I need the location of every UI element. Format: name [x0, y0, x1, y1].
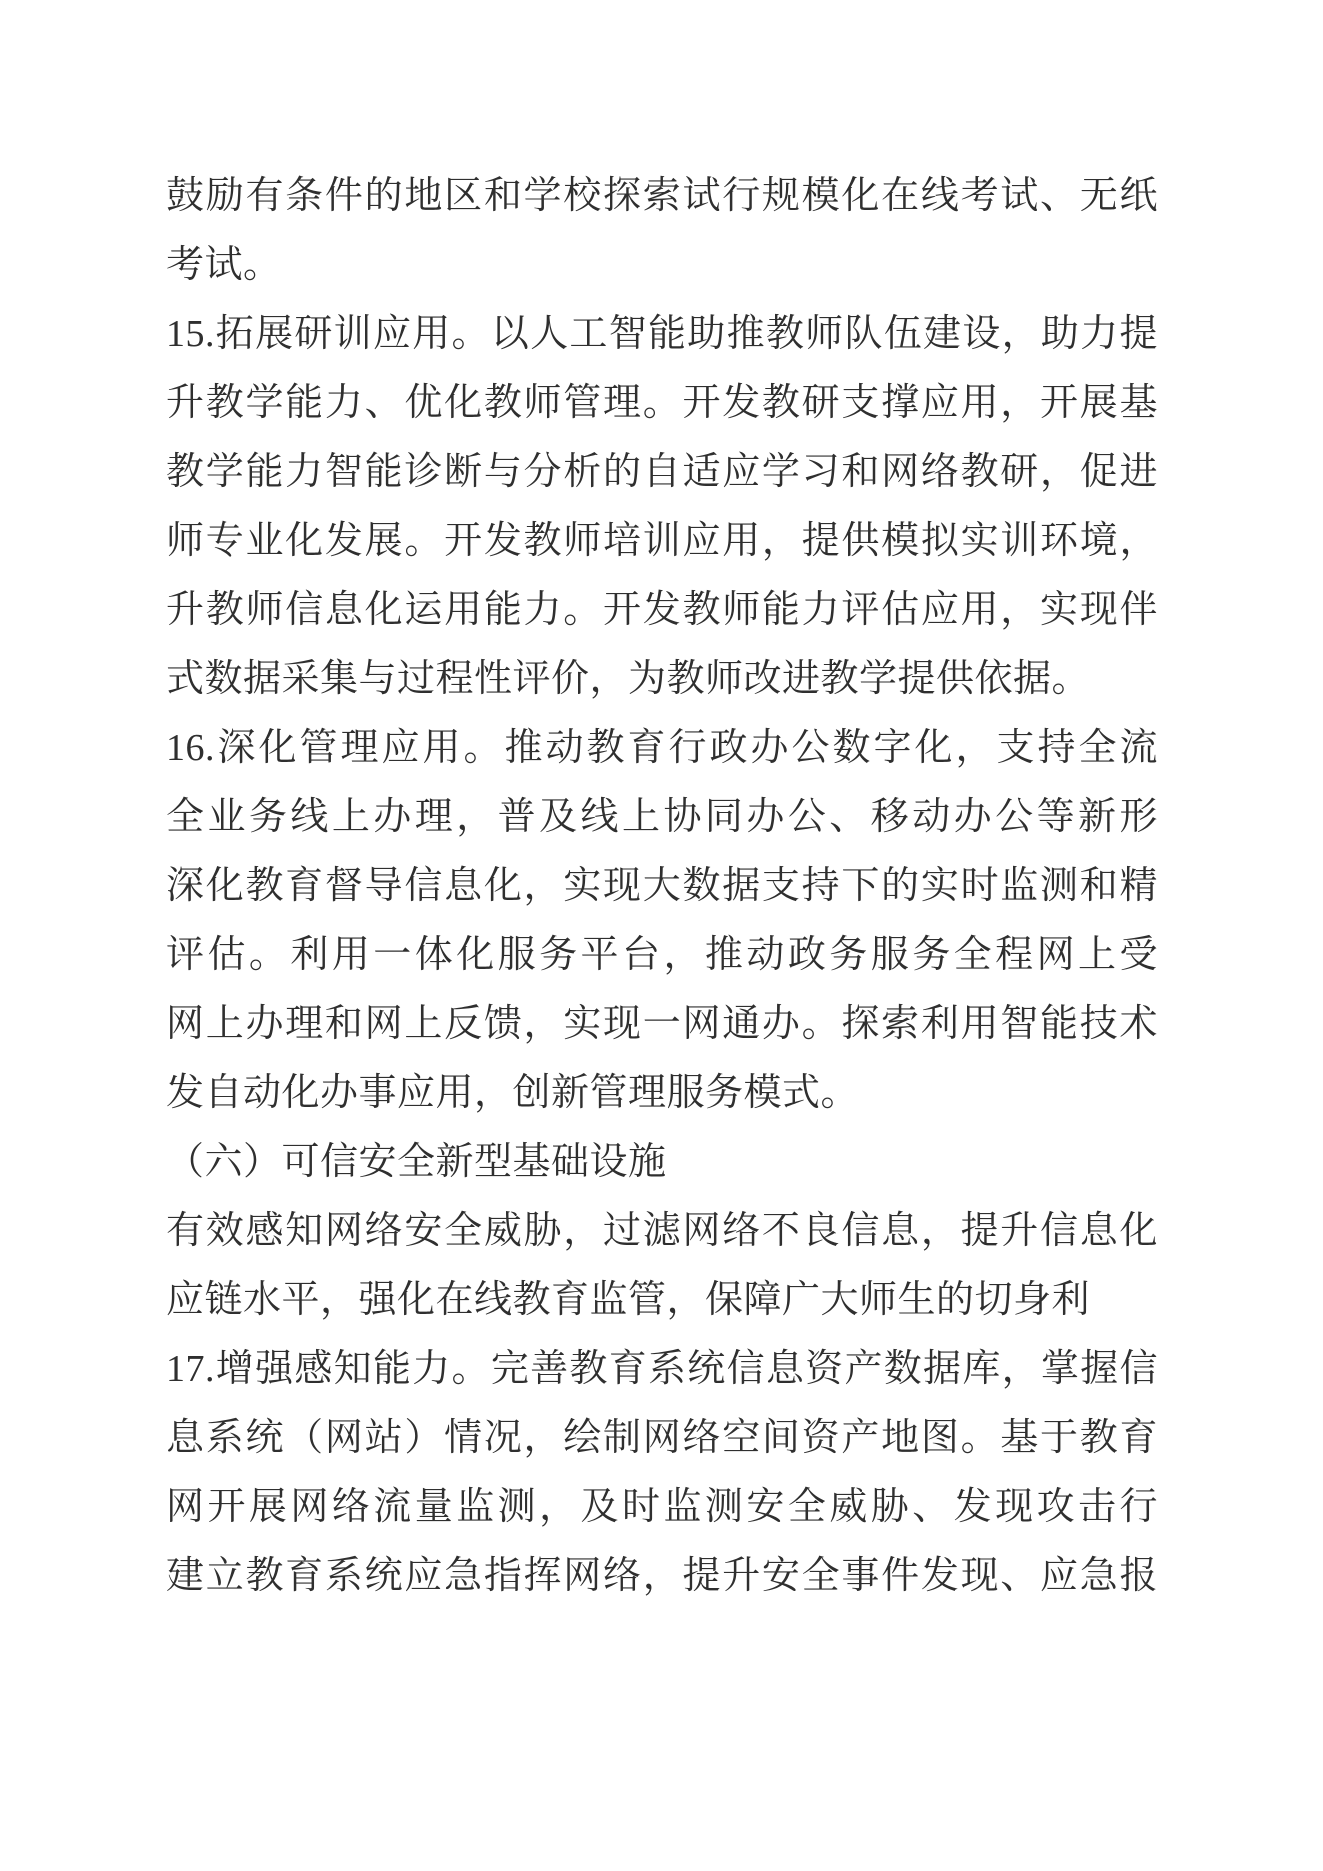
- paragraph-numbered-item: 17.增强感知能力。完善教育系统信息资产数据库，掌握信息系统（网站）情况，绘制网…: [166, 1335, 1158, 1611]
- text-line: 发自动化办事应用，创新管理服务模式。: [166, 1059, 1158, 1128]
- text-line: 息系统（网站）情况，绘制网络空间资产地图。基于教育专: [166, 1404, 1158, 1473]
- paragraph-numbered-item: 15.拓展研训应用。以人工智能助推教师队伍建设，助力提升教学能力、优化教师管理。…: [166, 300, 1158, 714]
- paragraph-numbered-item: 16.深化管理应用。推动教育行政办公数字化，支持全流程、全业务线上办理，普及线上…: [166, 714, 1158, 1128]
- text-line: （六）可信安全新型基础设施: [166, 1128, 1158, 1197]
- text-line: 教学能力智能诊断与分析的自适应学习和网络教研，促进教: [166, 438, 1158, 507]
- text-line: 式数据采集与过程性评价，为教师改进教学提供依据。: [166, 645, 1158, 714]
- paragraph-body-continuation: 鼓励有条件的地区和学校探索试行规模化在线考试、无纸化考试。: [166, 162, 1158, 300]
- paragraph-section-heading: （六）可信安全新型基础设施: [166, 1128, 1158, 1197]
- text-line: 深化教育督导信息化，实现大数据支持下的实时监测和精准: [166, 852, 1158, 921]
- text-line: 网开展网络流量监测，及时监测安全威胁、发现攻击行为。: [166, 1473, 1158, 1542]
- text-line: 网上办理和网上反馈，实现一网通办。探索利用智能技术开: [166, 990, 1158, 1059]
- text-line: 师专业化发展。开发教师培训应用，提供模拟实训环境，提: [166, 507, 1158, 576]
- text-line: 升教师信息化运用能力。开发教师能力评估应用，实现伴随: [166, 576, 1158, 645]
- text-line: 评估。利用一体化服务平台，推动政务服务全程网上受理、: [166, 921, 1158, 990]
- paragraph-body: 有效感知网络安全威胁，过滤网络不良信息，提升信息化供应链水平，强化在线教育监管，…: [166, 1197, 1158, 1335]
- text-line: 应链水平，强化在线教育监管，保障广大师生的切身利益。: [166, 1266, 1158, 1335]
- text-line: 有效感知网络安全威胁，过滤网络不良信息，提升信息化供: [166, 1197, 1158, 1266]
- text-block: 鼓励有条件的地区和学校探索试行规模化在线考试、无纸化考试。15.拓展研训应用。以…: [166, 162, 1158, 1611]
- text-line: 16.深化管理应用。推动教育行政办公数字化，支持全流程、: [166, 714, 1158, 783]
- text-line: 15.拓展研训应用。以人工智能助推教师队伍建设，助力提: [166, 300, 1158, 369]
- text-line: 鼓励有条件的地区和学校探索试行规模化在线考试、无纸化: [166, 162, 1158, 231]
- text-line: 考试。: [166, 231, 1158, 300]
- text-line: 升教学能力、优化教师管理。开发教研支撑应用，开展基于: [166, 369, 1158, 438]
- text-line: 17.增强感知能力。完善教育系统信息资产数据库，掌握信: [166, 1335, 1158, 1404]
- document-page: 鼓励有条件的地区和学校探索试行规模化在线考试、无纸化考试。15.拓展研训应用。以…: [0, 0, 1323, 1871]
- text-line: 建立教育系统应急指挥网络，提升安全事件发现、应急报告、: [166, 1542, 1158, 1611]
- text-line: 全业务线上办理，普及线上协同办公、移动办公等新形式。: [166, 783, 1158, 852]
